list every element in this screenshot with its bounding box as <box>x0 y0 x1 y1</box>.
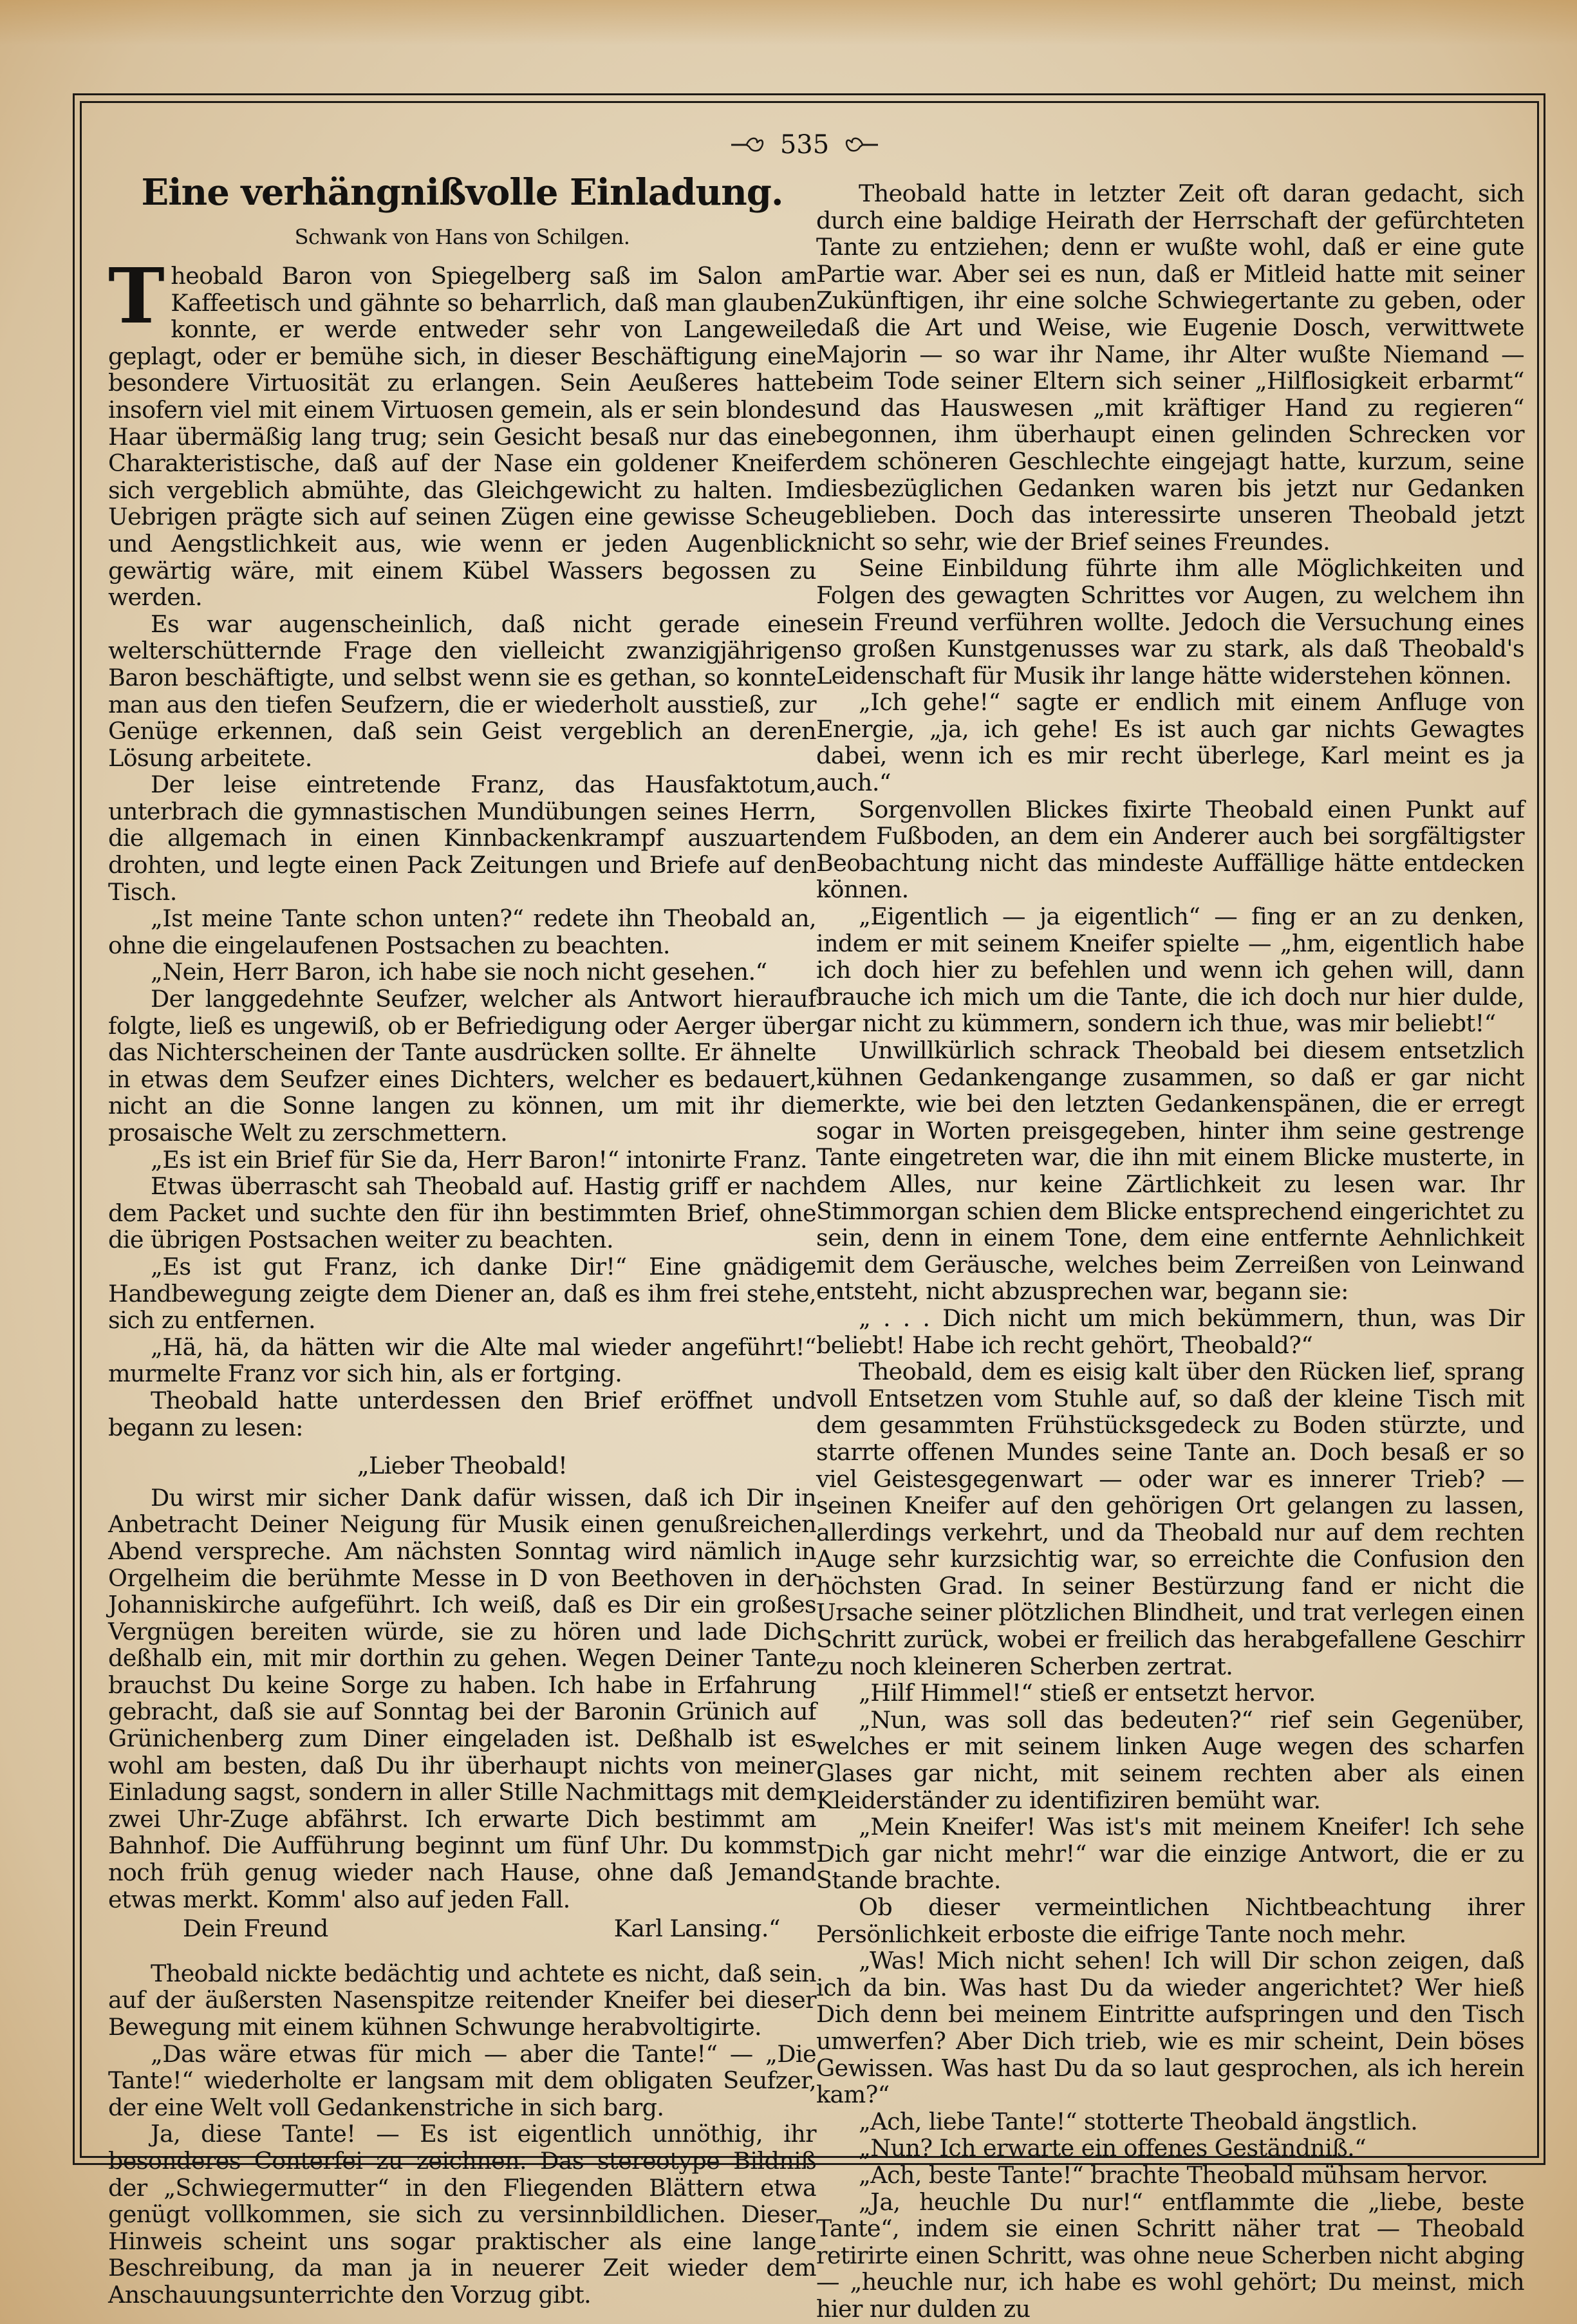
paragraph: „Ach, liebe Tante!“ stotterte Theobald ä… <box>816 2108 1524 2135</box>
paragraph: Theobald hatte unterdessen den Brief erö… <box>108 1387 816 1441</box>
paragraph: „Hilf Himmel!“ stieß er entsetzt hervor. <box>816 1680 1524 1707</box>
left-column: Eine verhängnißvolle Einladung. Schwank … <box>108 170 816 2309</box>
paragraph: „Nein, Herr Baron, ich habe sie noch nic… <box>108 959 816 986</box>
paragraph: „Eigentlich — ja eigentlich“ — fing er a… <box>816 903 1524 1037</box>
paragraph: „Ach, beste Tante!“ brachte Theobald müh… <box>816 2162 1524 2189</box>
paragraph: „Ja, heuchle Du nur!“ entflammte die „li… <box>816 2189 1524 2323</box>
paragraph: Es war augenscheinlich, daß nicht gerade… <box>108 611 816 772</box>
page-number: 535 <box>780 129 829 161</box>
letter-signature: Karl Lansing.“ <box>614 1915 780 1942</box>
paragraph: „Es ist gut Franz, ich danke Dir!“ Eine … <box>108 1253 816 1334</box>
paragraph: Sorgenvollen Blickes fixirte Theobald ei… <box>816 796 1524 903</box>
paragraph: „Ich gehe!“ sagte er endlich mit einem A… <box>816 689 1524 796</box>
paragraph: „Ist meine Tante schon unten?“ redete ih… <box>108 905 816 959</box>
paragraph: Etwas überrascht sah Theobald auf. Hasti… <box>108 1173 816 1253</box>
paragraph: Ja, diese Tante! — Es ist eigentlich unn… <box>108 2121 816 2308</box>
paragraph: „Das wäre etwas für mich — aber die Tant… <box>108 2041 816 2121</box>
paragraph: Seine Einbildung führte ihm alle Möglich… <box>816 555 1524 689</box>
paragraph: „Nun, was soll das bedeuten?“ rief sein … <box>816 1707 1524 1813</box>
paragraph: „Was! Mich nicht sehen! Ich will Dir sch… <box>816 1947 1524 2108</box>
article-title: Eine verhängnißvolle Einladung. <box>108 170 816 215</box>
paragraph: „Nun? Ich erwarte ein offenes Geständniß… <box>816 2135 1524 2162</box>
page-header: 535 <box>721 129 888 161</box>
paper-edge-stain <box>0 0 1577 45</box>
right-column: Theobald hatte in letzter Zeit oft daran… <box>816 180 1524 2323</box>
paragraph: Theobald nickte bedächtig und achtete es… <box>108 1960 816 2041</box>
paragraph: Unwillkürlich schrack Theobald bei diese… <box>816 1037 1524 1305</box>
ornament-left-icon <box>730 134 765 156</box>
letter-body: Du wirst mir sicher Dank dafür wissen, d… <box>108 1485 816 1913</box>
letter-salutation: „Lieber Theobald! <box>108 1452 816 1479</box>
paragraph: „Hä, hä, da hätten wir die Alte mal wied… <box>108 1334 816 1387</box>
paragraph: Der langgedehnte Seufzer, welcher als An… <box>108 986 816 1147</box>
paragraph: Theobald, dem es eisig kalt über den Rüc… <box>816 1358 1524 1680</box>
letter-signature-block: Dein Freund Karl Lansing.“ <box>108 1913 816 1960</box>
paragraph: Ob dieser vermeintlichen Nichtbeachtung … <box>816 1894 1524 1947</box>
paragraph: „Mein Kneifer! Was ist's mit meinem Knei… <box>816 1813 1524 1894</box>
paragraph: „ . . . Dich nicht um mich bekümmern, th… <box>816 1305 1524 1358</box>
paragraph: „Es ist ein Brief für Sie da, Herr Baron… <box>108 1147 816 1174</box>
paragraph: Theobald Baron von Spiegelberg saß im Sa… <box>108 263 816 611</box>
paragraph: Theobald hatte in letzter Zeit oft daran… <box>816 180 1524 555</box>
ornament-right-icon <box>844 134 879 156</box>
letter-closing: Dein Freund <box>183 1915 328 1942</box>
paragraph: Der leise eintretende Franz, das Hausfak… <box>108 771 816 905</box>
article-subtitle: Schwank von Hans von Schilgen. <box>108 223 816 251</box>
